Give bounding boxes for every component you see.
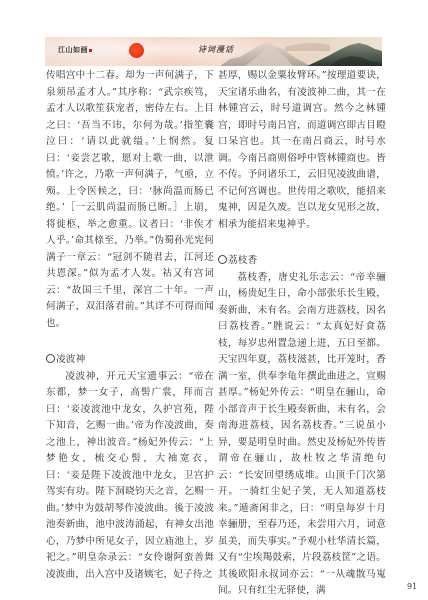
red-sun-illustration	[129, 43, 144, 58]
section-heading-label: 凌波神	[56, 354, 85, 365]
section-heading-label: 荔枝香	[228, 255, 257, 266]
left-text-column: 传唱宫中十二春。却为一声何满子，下泉须吊孟才人。”其序称：“武宗疾笃，孟才人以歌…	[46, 68, 214, 583]
paragraph-spacer	[46, 332, 214, 352]
header-banner: 江山如画 诗词漫话	[45, 37, 382, 66]
banner-brand-label: 江山如画	[58, 45, 88, 54]
paragraph-spacer	[218, 233, 386, 253]
body-paragraph: 甚厚，赐以金粟妆臂环。”按理道要诀，天宝诸乐曲名，有凌波神二曲，其一在林锺宫云，…	[218, 68, 386, 233]
page-number: 91	[407, 582, 417, 591]
red-seal-icon	[89, 49, 92, 52]
body-paragraph: 凌波神，开元天宝遗事云：“帝在东都，梦一女子，高髻广裳，拜而言曰：‘妾凌波池中龙…	[46, 369, 214, 584]
circle-bullet-icon	[46, 354, 55, 363]
document-page: 江山如画 诗词漫话 传唱宫中十二春。却为一声何满子，下泉须吊孟才人。”其序称：“…	[0, 0, 428, 600]
right-text-column: 甚厚，赐以金粟妆臂环。”按理道要诀，天宝诸乐曲名，有凌波神二曲，其一在林锺宫云，…	[218, 68, 386, 600]
section-heading: 凌波神	[46, 352, 214, 369]
body-paragraph: 荔枝香，唐史礼乐志云：“帝幸骊山，杨贵妃生日，命小部张乐长生殿，奏新曲，未有名。…	[218, 270, 386, 600]
banner-section-title: 诗词漫话	[198, 44, 234, 55]
banner-brand-text: 江山如画	[58, 45, 92, 55]
body-paragraph: 传唱宫中十二春。却为一声何满子，下泉须吊孟才人。”其序称：“武宗疾笃，孟才人以歌…	[46, 68, 214, 332]
circle-bullet-icon	[218, 255, 227, 264]
section-heading: 荔枝香	[218, 253, 386, 270]
